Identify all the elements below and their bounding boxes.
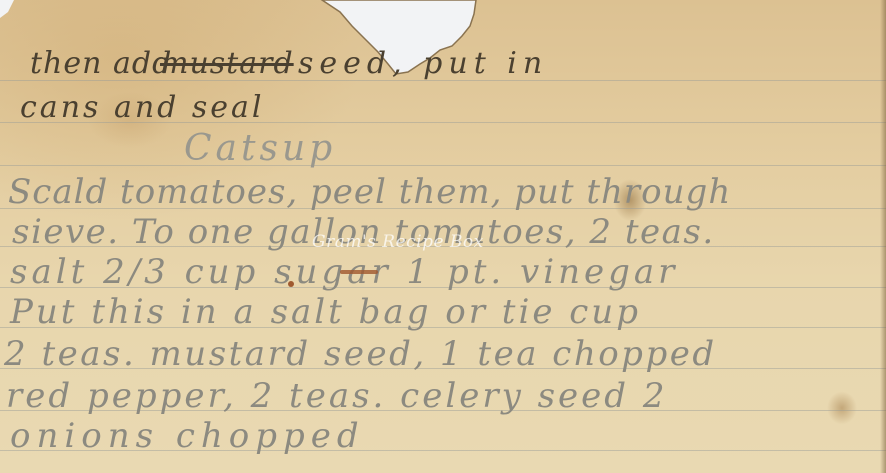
- card-edge: [880, 0, 886, 473]
- watermark: Gram's Recipe Box: [312, 232, 484, 252]
- text-line-2: cans and seal: [20, 90, 265, 125]
- recipe-card: then add mustard seed, put in cans and s…: [0, 0, 886, 473]
- text-line-1-struck: mustard: [160, 46, 294, 81]
- ruled-line: [0, 165, 886, 166]
- text-line-9: red pepper, 2 teas. celery seed 2: [6, 376, 668, 416]
- text-line-7: Put this in a salt bag or tie cup: [10, 292, 641, 332]
- text-line-4: Scald tomatoes, peel them, put through: [8, 172, 731, 212]
- text-line-8: 2 teas. mustard seed, 1 tea chopped: [4, 334, 717, 374]
- text-line-10: onions chopped: [10, 416, 365, 456]
- text-line-1a: then add: [30, 46, 172, 81]
- text-line-1b: seed, put in: [298, 46, 548, 81]
- recipe-title: Catsup: [184, 128, 336, 169]
- stain-dot: [288, 281, 294, 287]
- ink-smudge: [340, 270, 378, 274]
